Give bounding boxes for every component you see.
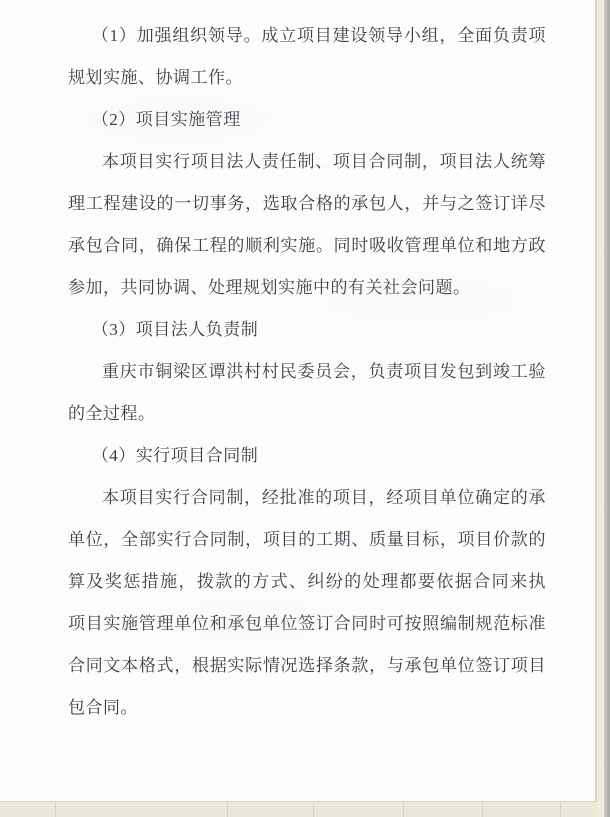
bottom-strip-tick [560, 802, 561, 817]
text-line: 重庆市铜梁区谭洪村村民委员会，负责项目发包到竣工验收 [68, 351, 546, 393]
text-line: 承包合同，确保工程的顺利实施。同时吸收管理单位和地方政府 [68, 225, 546, 267]
text-line: 本项目实行项目法人责任制、项目合同制，项目法人统筹管 [68, 141, 546, 183]
text-line: 的全过程。 [68, 393, 546, 435]
scan-edge-right-cream [597, 0, 604, 817]
bottom-strip-tick [403, 802, 404, 817]
bottom-strip-tick [227, 802, 228, 817]
bottom-strip-tick [482, 802, 483, 817]
text-line: 本项目实行合同制，经批准的项目，经项目单位确定的承包 [68, 477, 546, 519]
text-line: 项目实施管理单位和承包单位签订合同时可按照编制规范标准的 [68, 603, 546, 645]
text-line: 规划实施、协调工作。 [68, 57, 546, 99]
scan-edge-bottom [0, 801, 597, 817]
text-line: （4）实行项目合同制 [68, 435, 546, 477]
document-text-column: （1）加强组织领导。成立项目建设领导小组，全面负责项目的 规划实施、协调工作。 … [68, 15, 546, 729]
scanned-document-page: （1）加强组织领导。成立项目建设领导小组，全面负责项目的 规划实施、协调工作。 … [0, 0, 610, 817]
text-line: 理工程建设的一切事务，选取合格的承包人，并与之签订详尽的 [68, 183, 546, 225]
text-line: 合同文本格式，根据实际情况选择条款，与承包单位签订项目承 [68, 645, 546, 687]
bottom-strip-tick [55, 802, 56, 817]
text-line: （3）项目法人负责制 [68, 309, 546, 351]
text-line: （2）项目实施管理 [68, 99, 546, 141]
text-line: 单位，全部实行合同制，项目的工期、质量目标，项目价款的结 [68, 519, 546, 561]
bottom-strip-tick [313, 802, 314, 817]
text-line: 包合同。 [68, 687, 546, 729]
text-line: 算及奖惩措施，拨款的方式、纠纷的处理都要依据合同来执行。 [68, 561, 546, 603]
text-line: 参加，共同协调、处理规划实施中的有关社会问题。 [68, 267, 546, 309]
scan-edge-right-gray [604, 0, 610, 817]
text-line: （1）加强组织领导。成立项目建设领导小组，全面负责项目的 [68, 15, 546, 57]
